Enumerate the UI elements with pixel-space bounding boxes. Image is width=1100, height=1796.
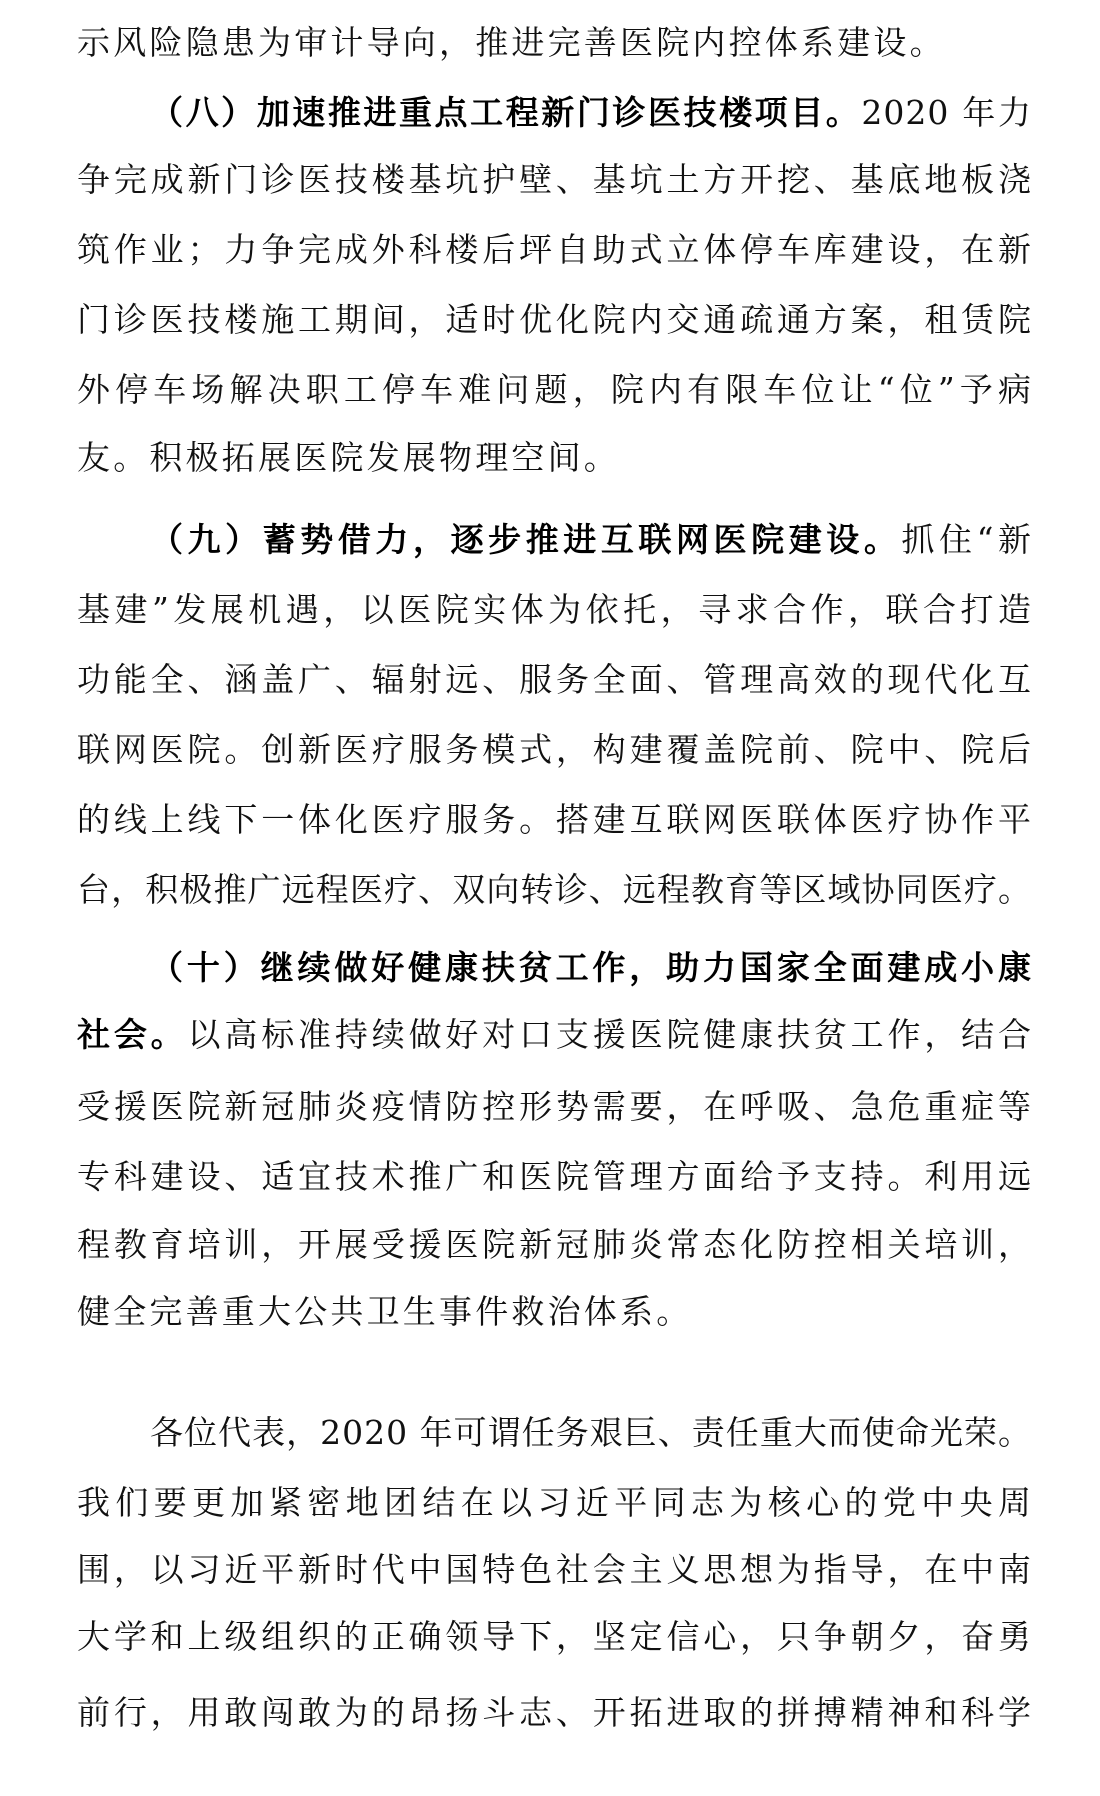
text-line: 前行，用敢闯敢为的昂扬斗志、开拓进取的拼搏精神和科学 bbox=[77, 1688, 1032, 1738]
text-line: 争完成新门诊医技楼基坑护壁、基坑土方开挖、基底地板浇 bbox=[77, 155, 1032, 205]
text-line: 的线上线下一体化医疗服务。搭建互联网医联体医疗协作平 bbox=[77, 795, 1032, 845]
body-text: 前行，用敢闯敢为的昂扬斗志、开拓进取的拼搏精神和科学 bbox=[77, 1693, 1032, 1732]
bold-heading-text: 社会。 bbox=[77, 1015, 188, 1054]
text-line: 功能全、涵盖广、辐射远、服务全面、管理高效的现代化互 bbox=[77, 655, 1032, 705]
body-text: 争完成新门诊医技楼基坑护壁、基坑土方开挖、基底地板浇 bbox=[77, 160, 1032, 199]
text-line: 筑作业；力争完成外科楼后坪自助式立体停车库建设，在新 bbox=[77, 225, 1032, 275]
text-line: 我们要更加紧密地团结在以习近平同志为核心的党中央周 bbox=[77, 1478, 1032, 1528]
body-text: 示风险隐患为审计导向，推进完善医院内控体系建设。 bbox=[77, 23, 946, 62]
bold-heading-text: （九）蓄势借力，逐步推进互联网医院建设。 bbox=[150, 520, 901, 559]
text-line: 大学和上级组织的正确领导下，坚定信心，只争朝夕，奋勇 bbox=[77, 1612, 1032, 1662]
text-line: 基建”发展机遇，以医院实体为依托，寻求合作，联合打造 bbox=[77, 585, 1032, 635]
text-line: 程教育培训，开展受援医院新冠肺炎常态化防控相关培训， bbox=[77, 1220, 1032, 1270]
text-line: 受援医院新冠肺炎疫情防控形势需要，在呼吸、急危重症等 bbox=[77, 1082, 1032, 1132]
body-text: 功能全、涵盖广、辐射远、服务全面、管理高效的现代化互 bbox=[77, 660, 1032, 699]
section-heading-line: （八）加速推进重点工程新门诊医技楼项目。2020 年力 bbox=[150, 88, 1032, 138]
document-page: 示风险隐患为审计导向，推进完善医院内控体系建设。（八）加速推进重点工程新门诊医技… bbox=[0, 0, 1100, 1796]
text-line: 围，以习近平新时代中国特色社会主义思想为指导，在中南 bbox=[77, 1545, 1032, 1595]
body-text: 我们要更加紧密地团结在以习近平同志为核心的党中央周 bbox=[77, 1483, 1032, 1522]
text-line: 健全完善重大公共卫生事件救治体系。 bbox=[77, 1287, 1032, 1337]
body-text: 健全完善重大公共卫生事件救治体系。 bbox=[77, 1292, 692, 1331]
text-line: 社会。以高标准持续做好对口支援医院健康扶贫工作，结合 bbox=[77, 1010, 1032, 1060]
section-heading-line: （十）继续做好健康扶贫工作，助力国家全面建成小康 bbox=[150, 943, 1032, 993]
body-text: 抓住“新 bbox=[901, 520, 1032, 559]
body-text: 2020 年力 bbox=[861, 93, 1032, 132]
body-text: 外停车场解决职工停车难问题，院内有限车位让“位”予病 bbox=[77, 370, 1032, 409]
text-line: 联网医院。创新医疗服务模式，构建覆盖院前、院中、院后 bbox=[77, 725, 1032, 775]
text-line: 台，积极推广远程医疗、双向转诊、远程教育等区域协同医疗。 bbox=[77, 865, 1032, 915]
bold-heading-text: （十）继续做好健康扶贫工作，助力国家全面建成小康 bbox=[150, 948, 1032, 987]
body-text: 台，积极推广远程医疗、双向转诊、远程教育等区域协同医疗。 bbox=[77, 870, 1032, 909]
body-text: 围，以习近平新时代中国特色社会主义思想为指导，在中南 bbox=[77, 1550, 1032, 1589]
body-text: 筑作业；力争完成外科楼后坪自助式立体停车库建设，在新 bbox=[77, 230, 1032, 269]
body-text: 专科建设、适宜技术推广和医院管理方面给予支持。利用远 bbox=[77, 1157, 1032, 1196]
body-text: 受援医院新冠肺炎疫情防控形势需要，在呼吸、急危重症等 bbox=[77, 1087, 1032, 1126]
bold-heading-text: （八）加速推进重点工程新门诊医技楼项目。 bbox=[150, 93, 861, 132]
text-line: 友。积极拓展医院发展物理空间。 bbox=[77, 433, 1032, 483]
text-line: 专科建设、适宜技术推广和医院管理方面给予支持。利用远 bbox=[77, 1152, 1032, 1202]
body-text: 门诊医技楼施工期间，适时优化院内交通疏通方案，租赁院 bbox=[77, 300, 1032, 339]
body-text: 以高标准持续做好对口支援医院健康扶贫工作，结合 bbox=[188, 1015, 1032, 1054]
body-text: 程教育培训，开展受援医院新冠肺炎常态化防控相关培训， bbox=[77, 1225, 1032, 1264]
text-line: 门诊医技楼施工期间，适时优化院内交通疏通方案，租赁院 bbox=[77, 295, 1032, 345]
text-line: 各位代表，2020 年可谓任务艰巨、责任重大而使命光荣。 bbox=[150, 1408, 1032, 1458]
body-text: 友。积极拓展医院发展物理空间。 bbox=[77, 438, 620, 477]
body-text: 大学和上级组织的正确领导下，坚定信心，只争朝夕，奋勇 bbox=[77, 1617, 1032, 1656]
section-heading-line: （九）蓄势借力，逐步推进互联网医院建设。抓住“新 bbox=[150, 515, 1032, 565]
body-text: 各位代表，2020 年可谓任务艰巨、责任重大而使命光荣。 bbox=[150, 1413, 1032, 1452]
body-text: 的线上线下一体化医疗服务。搭建互联网医联体医疗协作平 bbox=[77, 800, 1032, 839]
text-line: 示风险隐患为审计导向，推进完善医院内控体系建设。 bbox=[77, 18, 1032, 68]
body-text: 联网医院。创新医疗服务模式，构建覆盖院前、院中、院后 bbox=[77, 730, 1032, 769]
body-text: 基建”发展机遇，以医院实体为依托，寻求合作，联合打造 bbox=[77, 590, 1032, 629]
text-line: 外停车场解决职工停车难问题，院内有限车位让“位”予病 bbox=[77, 365, 1032, 415]
